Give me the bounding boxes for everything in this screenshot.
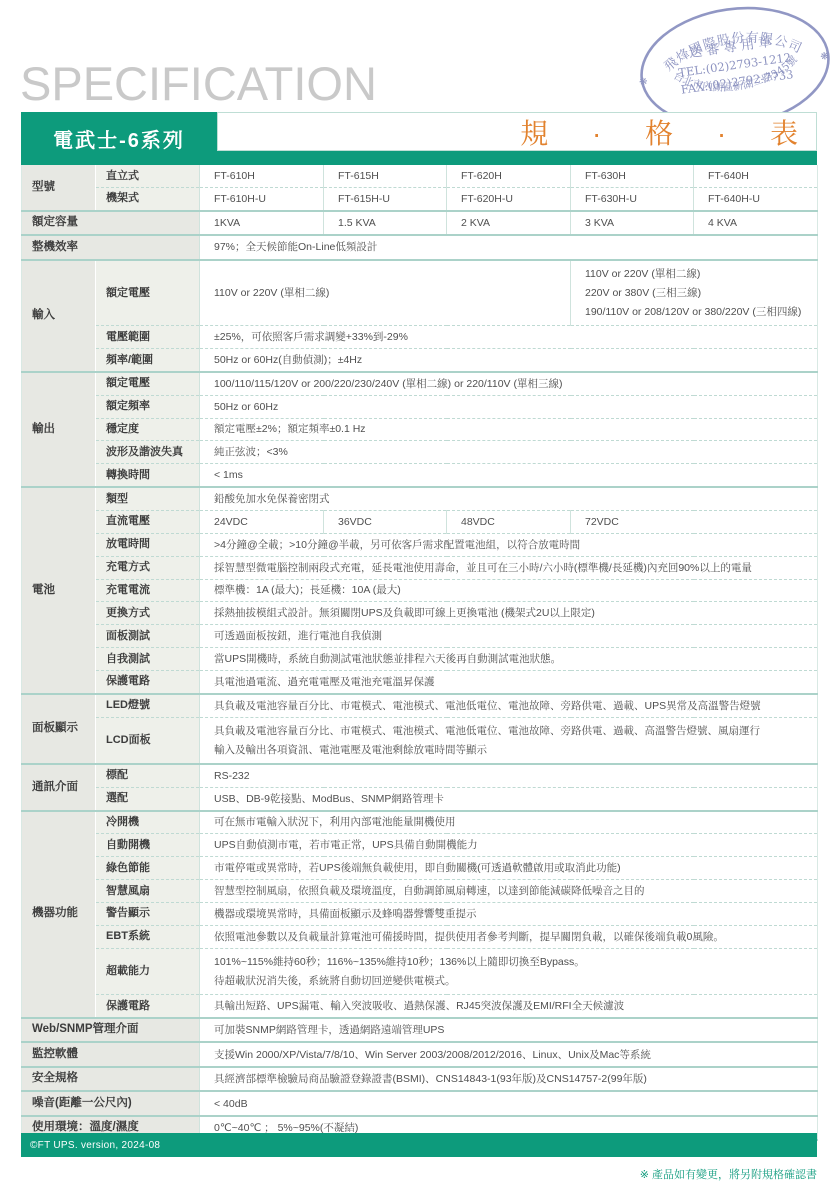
spec-row-label: Web/SNMP管理介面 [22, 1018, 200, 1043]
spec-value-cell: 具負載及電池容量百分比、市電模式、電池模式、電池低電位、電池故障、旁路供電、過載… [200, 694, 818, 717]
spec-value-cell: FT-620H-U [447, 187, 571, 210]
spec-value-cell: 市電停電或異常時，若UPS後端無負載使用，即自動關機(可透過軟體啟用或取消此功能… [200, 857, 818, 880]
spec-row: 轉換時間< 1ms [22, 464, 818, 487]
specification-watermark: SPECIFICATION [20, 56, 377, 111]
spec-value-cell: 1KVA [200, 211, 324, 236]
spec-row-sublabel: 額定電壓 [96, 260, 200, 326]
spec-row-sublabel: 標配 [96, 764, 200, 787]
spec-table-body: 型號直立式FT-610HFT-615HFT-620HFT-630HFT-640H… [22, 165, 818, 1140]
spec-row: 監控軟體支援Win 2000/XP/Vista/7/8/10、Win Serve… [22, 1042, 818, 1067]
spec-row: 穩定度額定電壓±2%；額定頻率±0.1 Hz [22, 418, 818, 441]
spec-value-cell: RS-232 [200, 764, 818, 787]
spec-value-cell: 72VDC [571, 510, 818, 533]
spec-value-cell: FT-630H-U [571, 187, 694, 210]
spec-value-cell: 依照電池參數以及負載量計算電池可備援時間，提供使用者參考判斷，提早關閉負載，以確… [200, 925, 818, 948]
spec-value-cell: 可加裝SNMP網路管理卡，透過網路遠端管理UPS [200, 1018, 818, 1043]
spec-value-line: 110V or 220V (單相二線) [585, 264, 809, 283]
spec-value-cell: 100/110/115/120V or 200/220/230/240V (單相… [200, 372, 818, 395]
spec-row-sublabel: 保護電路 [96, 670, 200, 693]
series-label-box: 電武士-6系列 [21, 112, 217, 165]
stamp-ornament-left-icon: ❋ [639, 76, 649, 88]
spec-value-cell: ±25%，可依照客戶需求調變+33%到-29% [200, 326, 818, 349]
spec-value-cell: 110V or 220V (單相二線) [200, 260, 571, 326]
spec-row-label: 額定容量 [22, 211, 200, 236]
footer-bar: ©FT UPS. version, 2024-08 [21, 1133, 817, 1157]
spec-row: 充電方式採智慧型微電腦控制兩段式充電，延長電池使用壽命，並且可在三小時/六小時(… [22, 556, 818, 579]
spec-value-line: 輸入及輸出各項資訊、電池電壓及電池剩餘放電時間等顯示 [214, 740, 809, 759]
sheet-title-box: 規 · 格 · 表 [217, 112, 817, 151]
spec-value-cell: UPS自動偵測市電，若市電正常，UPS具備自動開機能力 [200, 834, 818, 857]
spec-value-cell: 採智慧型微電腦控制兩段式充電，延長電池使用壽命，並且可在三小時/六小時(標準機/… [200, 556, 818, 579]
spec-row: Web/SNMP管理介面可加裝SNMP網路管理卡，透過網路遠端管理UPS [22, 1018, 818, 1043]
spec-value-cell: FT-615H-U [324, 187, 447, 210]
spec-value-line: 220V or 380V (三相三線) [585, 283, 809, 302]
spec-row-sublabel: EBT系統 [96, 925, 200, 948]
spec-value-cell: 採熱抽拔模組式設計。無須關閉UPS及負載即可線上更換電池 (機架式2U以上限定) [200, 602, 818, 625]
spec-row-sublabel: 額定頻率 [96, 395, 200, 418]
spec-row-sublabel: 轉換時間 [96, 464, 200, 487]
spec-row: 機架式FT-610H-UFT-615H-UFT-620H-UFT-630H-UF… [22, 187, 818, 210]
spec-row: EBT系統依照電池參數以及負載量計算電池可備援時間，提供使用者參考判斷，提早關閉… [22, 925, 818, 948]
spec-row: 選配USB、DB-9乾接點、ModBus、SNMP網路管理卡 [22, 787, 818, 810]
spec-row: 超載能力101%~115%維持60秒；116%~135%維持10秒；136%以上… [22, 948, 818, 994]
spec-row: 自動開機UPS自動偵測市電，若市電正常，UPS具備自動開機能力 [22, 834, 818, 857]
spec-value-cell: 具負載及電池容量百分比、市電模式、電池模式、電池低電位、電池故障、旁路供電、過載… [200, 717, 818, 764]
spec-row: 電壓範圍±25%，可依照客戶需求調變+33%到-29% [22, 326, 818, 349]
spec-row-sublabel: 直立式 [96, 165, 200, 187]
spec-row: 機器功能冷開機可在無市電輸入狀況下，利用內部電池能量開機使用 [22, 811, 818, 834]
spec-row: 通訊介面標配RS-232 [22, 764, 818, 787]
spec-value-cell: 50Hz or 60Hz [200, 395, 818, 418]
spec-row-sublabel: 綠色節能 [96, 857, 200, 880]
spec-value-cell: 可在無市電輸入狀況下，利用內部電池能量開機使用 [200, 811, 818, 834]
spec-row: 安全規格具經濟部標準檢驗局商品驗證登錄證書(BSMI)、CNS14843-1(9… [22, 1067, 818, 1092]
spec-value-line: 101%~115%維持60秒；116%~135%維持10秒；136%以上隨即切換… [214, 952, 809, 971]
series-label: 電武士-6系列 [53, 124, 185, 153]
spec-table: 型號直立式FT-610HFT-615HFT-620HFT-630HFT-640H… [21, 165, 818, 1141]
spec-value-line: 190/110V or 208/120V or 380/220V (三相四線) [585, 303, 809, 322]
spec-value-cell: FT-610H-U [200, 187, 324, 210]
spec-value-cell: 純正弦波；<3% [200, 441, 818, 464]
spec-value-cell: USB、DB-9乾接點、ModBus、SNMP網路管理卡 [200, 787, 818, 810]
spec-value-cell: 具電池過電流、過充電電壓及電池充電溫昇保護 [200, 670, 818, 693]
spec-value-cell: FT-640H-U [694, 187, 818, 210]
spec-value-cell: 101%~115%維持60秒；116%~135%維持10秒；136%以上隨即切換… [200, 948, 818, 994]
spec-row-label: 安全規格 [22, 1067, 200, 1092]
spec-row: 型號直立式FT-610HFT-615HFT-620HFT-630HFT-640H [22, 165, 818, 187]
spec-value-cell: 可透過面板按鈕，進行電池自我偵測 [200, 625, 818, 648]
spec-value-cell: FT-620H [447, 165, 571, 187]
spec-row: 電池類型鉛酸免加水免保養密閉式 [22, 487, 818, 510]
spec-row-sublabel: LED燈號 [96, 694, 200, 717]
spec-value-cell: 48VDC [447, 510, 571, 533]
spec-value-cell: 97%；全天候節能On-Line低頻設計 [200, 235, 818, 260]
spec-value-cell: < 1ms [200, 464, 818, 487]
spec-row: 綠色節能市電停電或異常時，若UPS後端無負載使用，即自動關機(可透過軟體啟用或取… [22, 857, 818, 880]
spec-row-sublabel: 額定電壓 [96, 372, 200, 395]
spec-row-label: 噪音(距離一公尺內) [22, 1091, 200, 1116]
spec-row: 整機效率97%；全天候節能On-Line低頻設計 [22, 235, 818, 260]
spec-value-cell: FT-640H [694, 165, 818, 187]
spec-row-sublabel: 頻率/範圍 [96, 349, 200, 372]
spec-row: 智慧風扇智慧型控制風扇，依照負載及環境溫度，自動調節風扇轉速，以達到節能減碳降低… [22, 880, 818, 903]
spec-row: 輸出額定電壓100/110/115/120V or 200/220/230/24… [22, 372, 818, 395]
spec-value-cell: 鉛酸免加水免保養密閉式 [200, 487, 818, 510]
spec-section-label: 面板顯示 [22, 694, 96, 764]
spec-row-sublabel: 自動開機 [96, 834, 200, 857]
spec-value-cell: 50Hz or 60Hz(自動偵測)；±4Hz [200, 349, 818, 372]
spec-row-label: 監控軟體 [22, 1042, 200, 1067]
spec-value-cell: FT-630H [571, 165, 694, 187]
spec-value-cell: 機器或環境異常時，具備面板顯示及蜂鳴器聲響雙重提示 [200, 902, 818, 925]
spec-row-sublabel: 保護電路 [96, 995, 200, 1018]
header-banner: 電武士-6系列 規 · 格 · 表 [21, 112, 817, 165]
spec-value-cell: 具輸出短路、UPS漏電、輸入突波吸收、過熱保護、RJ45突波保護及EMI/RFI… [200, 995, 818, 1018]
spec-row: 面板測試可透過面板按鈕，進行電池自我偵測 [22, 625, 818, 648]
spec-section-label: 機器功能 [22, 811, 96, 1018]
spec-value-cell: 額定電壓±2%；額定頻率±0.1 Hz [200, 418, 818, 441]
spec-value-cell: 2 KVA [447, 211, 571, 236]
sheet-title: 規 · 格 · 表 [520, 112, 808, 152]
spec-row: 額定容量1KVA1.5 KVA2 KVA3 KVA4 KVA [22, 211, 818, 236]
spec-row: 保護電路具輸出短路、UPS漏電、輸入突波吸收、過熱保護、RJ45突波保護及EMI… [22, 995, 818, 1018]
spec-value-cell: FT-615H [324, 165, 447, 187]
spec-value-cell: 標準機：1A (最大)；長延機：10A (最大) [200, 579, 818, 602]
spec-row-sublabel: 波形及諧波失真 [96, 441, 200, 464]
spec-row: 自我測試當UPS開機時，系統自動測試電池狀態並排程六天後再自動測試電池狀態。 [22, 648, 818, 671]
spec-row-sublabel: 更換方式 [96, 602, 200, 625]
spec-section-label: 型號 [22, 165, 96, 211]
spec-value-cell: 1.5 KVA [324, 211, 447, 236]
spec-row: 放電時間>4分鐘@全載；>10分鐘@半載，另可依客戶需求配置電池組，以符合放電時… [22, 533, 818, 556]
spec-row-sublabel: 面板測試 [96, 625, 200, 648]
spec-value-cell: 36VDC [324, 510, 447, 533]
spec-row-sublabel: 冷開機 [96, 811, 200, 834]
spec-row-label: 整機效率 [22, 235, 200, 260]
spec-row: 面板顯示LED燈號具負載及電池容量百分比、市電模式、電池模式、電池低電位、電池故… [22, 694, 818, 717]
spec-row-sublabel: 充電電流 [96, 579, 200, 602]
spec-value-cell: 支援Win 2000/XP/Vista/7/8/10、Win Server 20… [200, 1042, 818, 1067]
spec-row: 額定頻率50Hz or 60Hz [22, 395, 818, 418]
spec-row: 保護電路具電池過電流、過充電電壓及電池充電溫昇保護 [22, 670, 818, 693]
spec-row: 警告顯示機器或環境異常時，具備面板顯示及蜂鳴器聲響雙重提示 [22, 902, 818, 925]
spec-row-sublabel: 充電方式 [96, 556, 200, 579]
spec-row-sublabel: LCD面板 [96, 717, 200, 764]
spec-row-sublabel: 放電時間 [96, 533, 200, 556]
spec-row-sublabel: 超載能力 [96, 948, 200, 994]
spec-section-label: 輸出 [22, 372, 96, 487]
spec-row-sublabel: 直流電壓 [96, 510, 200, 533]
spec-value-cell: 4 KVA [694, 211, 818, 236]
spec-value-cell: 當UPS開機時，系統自動測試電池狀態並排程六天後再自動測試電池狀態。 [200, 648, 818, 671]
spec-row-sublabel: 穩定度 [96, 418, 200, 441]
spec-value-cell: 24VDC [200, 510, 324, 533]
spec-value-cell: FT-610H [200, 165, 324, 187]
spec-value-cell: 具經濟部標準檢驗局商品驗證登錄證書(BSMI)、CNS14843-1(93年版)… [200, 1067, 818, 1092]
stamp-ornament-right-icon: ❋ [820, 51, 830, 63]
spec-row: 充電電流標準機：1A (最大)；長延機：10A (最大) [22, 579, 818, 602]
spec-value-cell: 110V or 220V (單相二線)220V or 380V (三相三線)19… [571, 260, 818, 326]
change-note: ※ 產品如有變更，將另附規格確認書 [21, 1166, 817, 1182]
spec-row-sublabel: 自我測試 [96, 648, 200, 671]
spec-row-sublabel: 類型 [96, 487, 200, 510]
spec-value-cell: >4分鐘@全載；>10分鐘@半載，另可依客戶需求配置電池組，以符合放電時間 [200, 533, 818, 556]
spec-row-sublabel: 電壓範圍 [96, 326, 200, 349]
spec-row: 噪音(距離一公尺內)< 40dB [22, 1091, 818, 1116]
spec-row: 輸入額定電壓110V or 220V (單相二線)110V or 220V (單… [22, 260, 818, 326]
spec-value-cell: < 40dB [200, 1091, 818, 1116]
spec-section-label: 電池 [22, 487, 96, 694]
spec-row: 頻率/範圍50Hz or 60Hz(自動偵測)；±4Hz [22, 349, 818, 372]
spec-row: LCD面板具負載及電池容量百分比、市電模式、電池模式、電池低電位、電池故障、旁路… [22, 717, 818, 764]
spec-section-label: 輸入 [22, 260, 96, 372]
spec-row: 更換方式採熱抽拔模組式設計。無須關閉UPS及負載即可線上更換電池 (機架式2U以… [22, 602, 818, 625]
spec-row-sublabel: 選配 [96, 787, 200, 810]
spec-row: 波形及諧波失真純正弦波；<3% [22, 441, 818, 464]
spec-row: 直流電壓24VDC36VDC48VDC72VDC [22, 510, 818, 533]
spec-section-label: 通訊介面 [22, 764, 96, 811]
spec-row-sublabel: 智慧風扇 [96, 880, 200, 903]
spec-value-line: 待超載狀況消失後，系統將自動切回逆變供電模式。 [214, 971, 809, 990]
spec-sheet-page: { "header": { "watermark": "SPECIFICATIO… [0, 0, 838, 1200]
spec-row-sublabel: 機架式 [96, 187, 200, 210]
spec-value-cell: 3 KVA [571, 211, 694, 236]
spec-value-cell: 智慧型控制風扇，依照負載及環境溫度，自動調節風扇轉速，以達到節能減碳降低噪音之目… [200, 880, 818, 903]
spec-value-line: 具負載及電池容量百分比、市電模式、電池模式、電池低電位、電池故障、旁路供電、過載… [214, 721, 809, 740]
copyright-text: ©FT UPS. version, 2024-08 [30, 1140, 160, 1151]
spec-row-sublabel: 警告顯示 [96, 902, 200, 925]
